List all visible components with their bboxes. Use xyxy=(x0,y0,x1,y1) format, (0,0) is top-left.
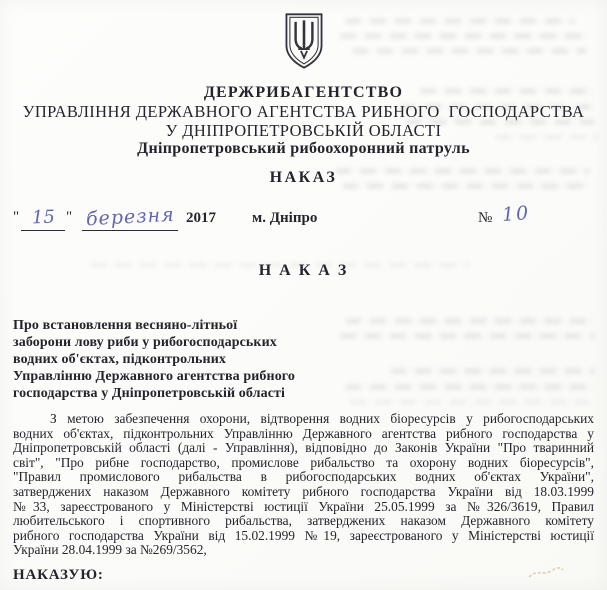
city-label: м. Дніпро xyxy=(252,210,317,227)
ukraine-trident-emblem xyxy=(282,12,326,70)
bleed-through-artifact xyxy=(345,318,595,324)
body-line: світ", "Про рибне господарство, промисло… xyxy=(13,456,594,471)
scanned-order-document: ДЕРЖРИБАГЕНТСТВО УПРАВЛІННЯ ДЕРЖАВНОГО А… xyxy=(0,0,607,590)
department-line-1: УПРАВЛІННЯ ДЕРЖАВНОГО АГЕНТСТВА РИБНОГО … xyxy=(0,102,607,121)
body-line: затверджених наказом Державного комітету… xyxy=(13,485,594,500)
subject-line: господарства у Дніпропетровській області xyxy=(13,385,373,402)
body-line: любительського і спортивного рибальства,… xyxy=(13,514,594,529)
year-label: 2017 xyxy=(186,210,216,227)
subject-line: Про встановлення весняно-літньої xyxy=(13,317,373,334)
bleed-through-artifact xyxy=(350,399,590,405)
day-blank-line: 15 xyxy=(21,201,65,231)
subject-block: Про встановлення весняно-літньої заборон… xyxy=(13,317,373,402)
handwritten-month: березня xyxy=(85,203,175,233)
department-line-2: У ДНІПРОПЕТРОВСЬКІЙ ОБЛАСТІ xyxy=(0,121,607,140)
body-line: №33, зареєстрованого у Міністерстві юсти… xyxy=(13,500,594,515)
bleed-through-artifact xyxy=(345,384,595,390)
number-sign: № xyxy=(478,210,492,227)
open-quote: " xyxy=(13,209,19,226)
unit-name: Дніпропетровський рибоохоронний патруль xyxy=(0,140,607,158)
emblem-area xyxy=(0,0,607,70)
subject-line: Управлінню Державного агентства рибного xyxy=(13,368,373,385)
document-type-heading: НАКАЗ xyxy=(0,169,607,187)
bleed-through-artifact xyxy=(390,368,595,374)
agency-name: ДЕРЖРИБАГЕНТСТВО xyxy=(0,84,607,102)
body-line: рибного господарства України від 15.02.1… xyxy=(13,529,594,544)
handwritten-order-number: 10 xyxy=(501,202,531,226)
subject-line: заборони лову риби у рибогосподарських xyxy=(13,334,373,351)
pen-mark-artifact xyxy=(526,563,566,581)
month-blank-line: березня xyxy=(82,201,178,231)
subject-line: водних об'єктах, підконтрольних xyxy=(13,351,373,368)
body-line: "Правил промислового рибальства в рибого… xyxy=(13,470,594,485)
close-quote: " xyxy=(66,209,72,226)
body-line: З метою забезпечення охорони, відтворенн… xyxy=(13,412,594,427)
body-line: України 28.04.1999 за №269/3562, xyxy=(13,543,594,558)
decree-word: НАКАЗУЮ: xyxy=(13,566,607,584)
bleed-through-artifact xyxy=(340,333,595,339)
body-line: водних об'єктах, підконтрольних Управлін… xyxy=(13,427,594,442)
handwritten-day: 15 xyxy=(31,206,55,231)
order-heading: Н А К А З xyxy=(0,262,607,280)
body-paragraph: З метою забезпечення охорони, відтворенн… xyxy=(13,412,594,558)
body-line: Дніпропетровській області (далі - Управл… xyxy=(13,441,594,456)
date-and-number-row: " 15 " березня 2017 м. Дніпро № 10 xyxy=(0,201,607,235)
